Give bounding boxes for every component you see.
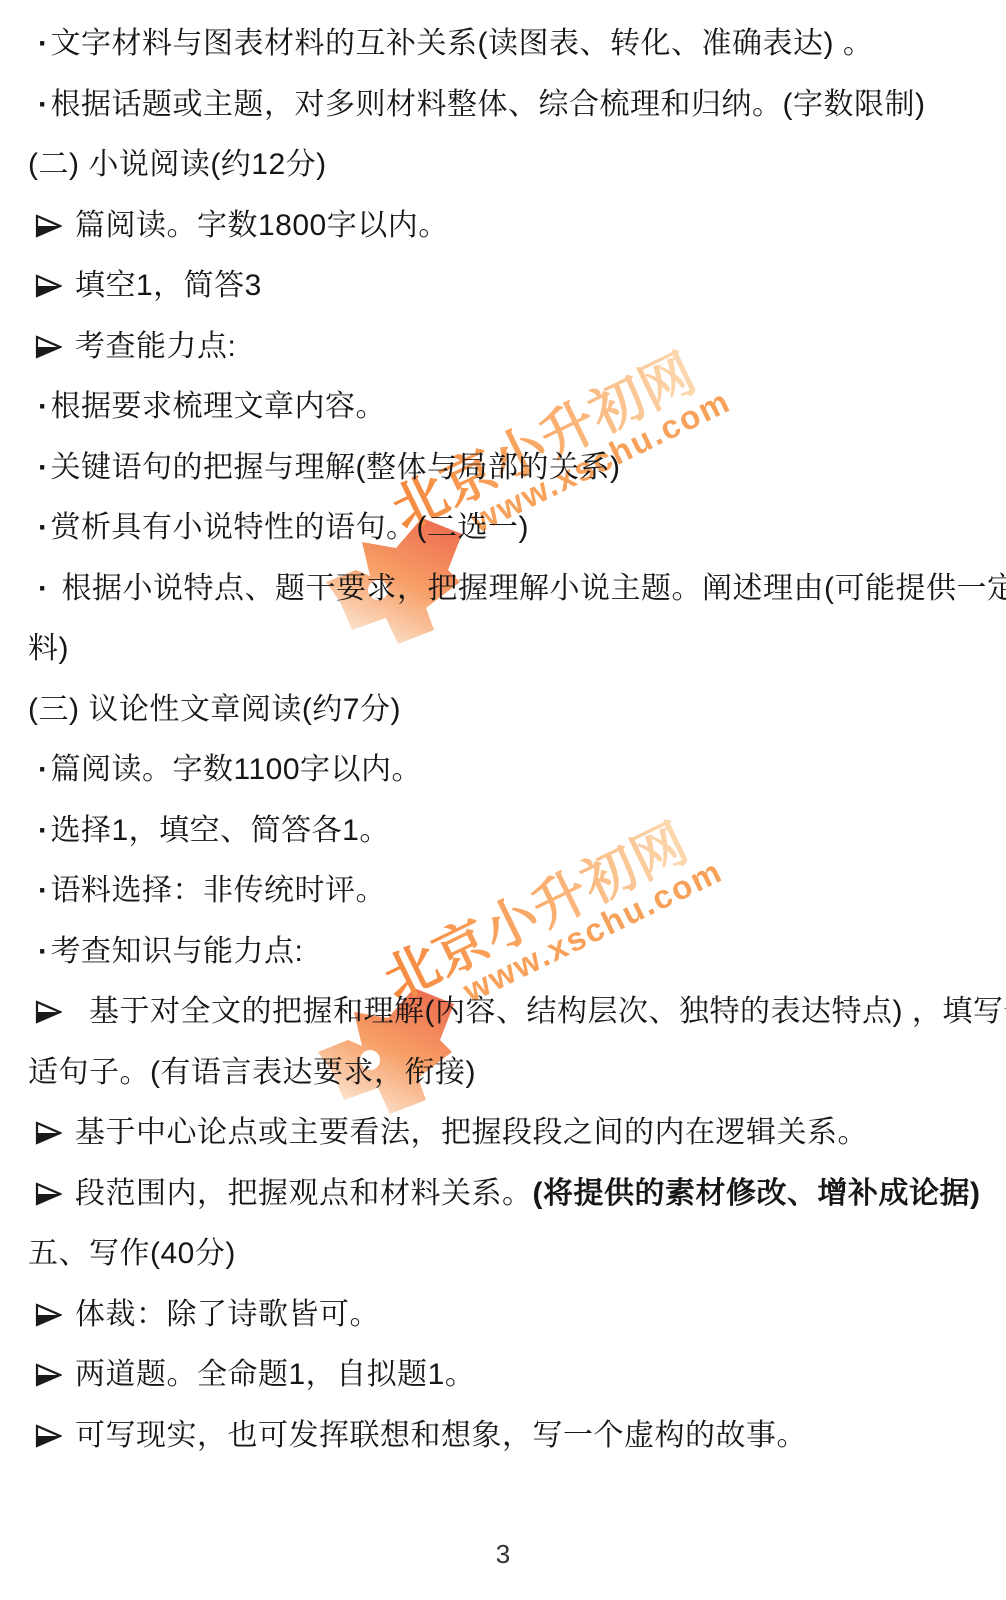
line-text: 可写现实，也可发挥联想和想象，写一个虚构的故事。 (75, 1421, 807, 1451)
doc-line: 段范围内，把握观点和材料关系。(将提供的素材修改、增补成论据) (28, 1164, 986, 1225)
doc-line: ·语料选择：非传统时评。 (28, 861, 986, 922)
line-text: 考查知识与能力点: (51, 937, 304, 967)
doc-line: ·文字材料与图表材料的互补关系(读图表、转化、准确表达) 。 (28, 14, 986, 75)
line-text: 篇阅读。字数1800字以内。 (75, 211, 449, 241)
doc-line: ·根据小说特点、题干要求，把握理解小说主题。阐述理由(可能提供一定资 (28, 559, 986, 620)
doc-line: ·根据要求梳理文章内容。 (28, 377, 986, 438)
doc-line: ·选择1，填空、简答各1。 (28, 801, 986, 862)
dot-bullet: · (38, 876, 49, 906)
line-text: 段范围内，把握观点和材料关系。 (75, 1179, 533, 1209)
line-text: 根据要求梳理文章内容。 (51, 392, 387, 422)
arrowhead-bullet-icon (35, 1363, 62, 1387)
line-text: (三) 议论性文章阅读(约7分) (28, 695, 401, 725)
line-text: 选择1，填空、简答各1。 (51, 816, 390, 846)
doc-line: ·考查知识与能力点: (28, 922, 986, 983)
section-heading: 五、写作(40分) (28, 1224, 986, 1285)
page-number: 3 (0, 1539, 1006, 1570)
doc-line: 两道题。全命题1，自拟题1。 (28, 1345, 986, 1406)
doc-line: 基于对全文的把握和理解(内容、结构层次、独特的表达特点) ，填写合 (28, 982, 986, 1043)
section-heading: (三) 议论性文章阅读(约7分) (28, 680, 986, 741)
doc-line-continuation: 适句子。(有语言表达要求，衔接) (28, 1043, 986, 1104)
line-text: 基于中心论点或主要看法，把握段段之间的内在逻辑关系。 (75, 1118, 868, 1148)
dot-bullet: · (38, 392, 49, 422)
dot-bullet: · (38, 453, 49, 483)
doc-line: 基于中心论点或主要看法，把握段段之间的内在逻辑关系。 (28, 1103, 986, 1164)
dot-bullet: · (38, 816, 49, 846)
arrowhead-bullet-icon (35, 1303, 62, 1327)
line-text: 考查能力点: (75, 332, 236, 362)
arrowhead-bullet-icon (35, 1000, 62, 1024)
dot-bullet: · (38, 90, 49, 120)
line-text: 根据话题或主题，对多则材料整体、综合梳理和归纳。(字数限制) (51, 90, 926, 120)
line-text: 基于对全文的把握和理解(内容、结构层次、独特的表达特点) ，填写合 (89, 997, 1006, 1027)
line-text: 体裁：除了诗歌皆可。 (75, 1300, 380, 1330)
line-text: (二) 小说阅读(约12分) (28, 150, 327, 180)
line-text: 赏析具有小说特性的语句。(二选一) (51, 513, 529, 543)
doc-line: 填空1，简答3 (28, 256, 986, 317)
line-text: 根据小说特点、题干要求，把握理解小说主题。阐述理由(可能提供一定资 (62, 574, 1006, 604)
arrowhead-bullet-icon (35, 335, 62, 359)
doc-line: ·赏析具有小说特性的语句。(二选一) (28, 498, 986, 559)
line-text: 填空1，简答3 (75, 271, 262, 301)
document-page: ·文字材料与图表材料的互补关系(读图表、转化、准确表达) 。 ·根据话题或主题，… (0, 0, 1006, 1466)
arrowhead-bullet-icon (35, 1424, 62, 1448)
line-text: 两道题。全命题1，自拟题1。 (75, 1360, 475, 1390)
line-text: 料) (28, 634, 69, 664)
dot-bullet: · (38, 755, 49, 785)
dot-bullet: · (38, 574, 49, 604)
arrowhead-bullet-icon (35, 214, 62, 238)
line-text-bold: (将提供的素材修改、增补成论据) (533, 1179, 981, 1209)
doc-line: ·篇阅读。字数1100字以内。 (28, 740, 986, 801)
dot-bullet: · (38, 29, 49, 59)
doc-line: 体裁：除了诗歌皆可。 (28, 1285, 986, 1346)
dot-bullet: · (38, 937, 49, 967)
line-text: 篇阅读。字数1100字以内。 (51, 755, 423, 785)
section-heading: (二) 小说阅读(约12分) (28, 135, 986, 196)
arrowhead-bullet-icon (35, 1121, 62, 1145)
line-text: 适句子。(有语言表达要求，衔接) (28, 1058, 476, 1088)
line-text: 语料选择：非传统时评。 (51, 876, 387, 906)
line-text: 文字材料与图表材料的互补关系(读图表、转化、准确表达) 。 (51, 29, 874, 59)
line-text: 关键语句的把握与理解(整体与局部的关系) (51, 453, 621, 483)
dot-bullet: · (38, 513, 49, 543)
doc-line: ·关键语句的把握与理解(整体与局部的关系) (28, 438, 986, 499)
arrowhead-bullet-icon (35, 274, 62, 298)
arrowhead-bullet-icon (35, 1182, 62, 1206)
doc-line-continuation: 料) (28, 619, 986, 680)
doc-line: 可写现实，也可发挥联想和想象，写一个虚构的故事。 (28, 1406, 986, 1467)
line-text: 五、写作(40分) (28, 1239, 236, 1269)
doc-line: 考查能力点: (28, 317, 986, 378)
doc-line: 篇阅读。字数1800字以内。 (28, 196, 986, 257)
doc-line: ·根据话题或主题，对多则材料整体、综合梳理和归纳。(字数限制) (28, 75, 986, 136)
